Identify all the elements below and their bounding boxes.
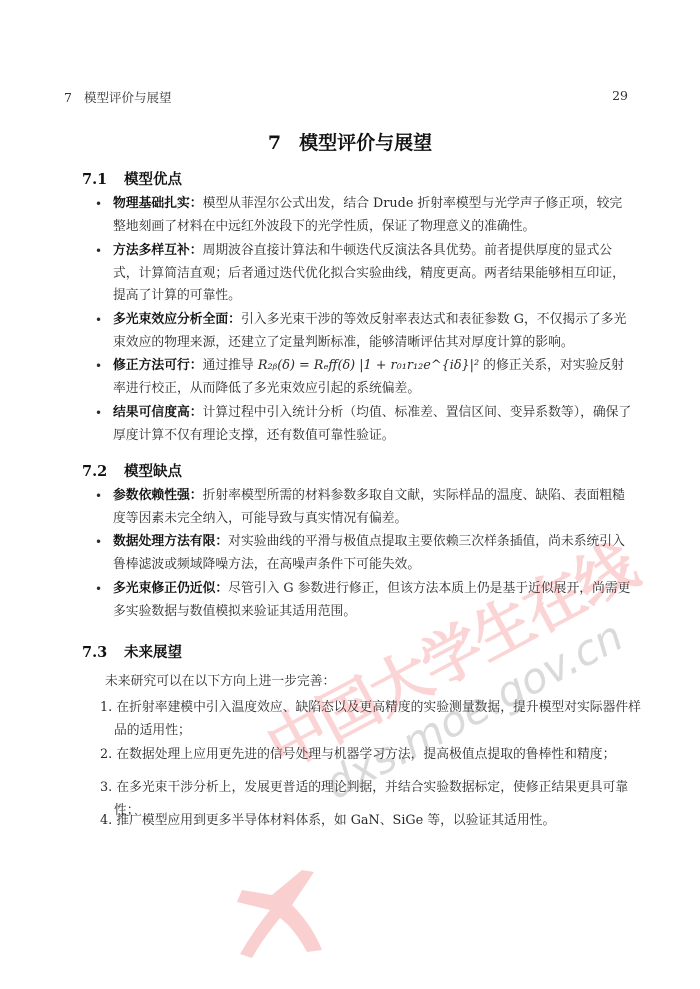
item-number: 1. <box>100 700 112 715</box>
list-item: • 多光束效应分析全面：引入多光束干涉的等效反射率表达式和表征参数 G，不仅揭示… <box>113 309 633 354</box>
item-term: 多光束修正仍近似： <box>113 581 228 596</box>
item-term: 数据处理方法有限： <box>113 534 228 549</box>
running-head-chapter-title: 模型评价与展望 <box>84 90 172 105</box>
section-number: 7.1 <box>82 171 124 188</box>
section-heading-7-3: 7.3未来展望 <box>82 641 182 662</box>
section-heading-7-1: 7.1模型优点 <box>82 168 182 189</box>
bullet-icon: • <box>95 578 102 601</box>
section-number: 7.2 <box>82 463 124 480</box>
list-item: • 参数依赖性强：折射率模型所需的材料参数多取自文献，实际样品的温度、缺陷、表面… <box>113 485 633 530</box>
section-number: 7.3 <box>82 644 124 661</box>
running-head-chapter: 7模型评价与展望 <box>64 88 171 106</box>
section-intro: 未来研究可以在以下方向上进一步完善： <box>105 670 335 689</box>
bullet-icon: • <box>95 193 102 216</box>
enumerated-item: 2. 在数据处理上应用更先进的信号处理与机器学习方法，提高极值点提取的鲁棒性和精… <box>100 744 647 767</box>
section-title: 模型缺点 <box>124 463 182 480</box>
document-page: 7模型评价与展望 29 7模型评价与展望 7.1模型优点 • 物理基础扎实：模型… <box>0 0 700 989</box>
chapter-number: 7 <box>268 132 281 154</box>
item-term: 结果可信度高： <box>113 405 203 420</box>
item-term: 方法多样互补： <box>113 243 203 258</box>
list-item: • 结果可信度高：计算过程中引入统计分析（均值、标准差、置信区间、变异系数等），… <box>113 402 633 447</box>
bullet-icon: • <box>95 355 102 378</box>
chapter-title-text: 模型评价与展望 <box>299 132 432 154</box>
section-heading-7-2: 7.2模型缺点 <box>82 460 182 481</box>
item-term: 参数依赖性强： <box>113 488 203 503</box>
bullet-icon: • <box>95 531 102 554</box>
list-item: • 方法多样互补：周期波谷直接计算法和牛顿迭代反演法各具优势。前者提供厚度的显式… <box>113 240 633 308</box>
list-item: • 数据处理方法有限：对实验曲线的平滑与极值点提取主要依赖三次样条插值，尚未系统… <box>113 531 633 576</box>
bullet-icon: • <box>95 402 102 425</box>
item-text: 在折射率建模中引入温度效应、缺陷态以及更高精度的实验测量数据，提升模型对实际器件… <box>114 700 641 738</box>
list-item: • 修正方法可行：通过推导 R₂ᵦ(δ) = Rₑff(δ) |1 + r₀₁r… <box>113 355 633 400</box>
bullet-icon: • <box>95 485 102 508</box>
section-title: 模型优点 <box>124 171 182 188</box>
list-item: • 多光束修正仍近似：尽管引入 G 参数进行修正，但该方法本质上仍是基于近似展开… <box>113 578 633 623</box>
item-number: 4. <box>100 813 112 828</box>
running-head: 7模型评价与展望 29 <box>64 88 636 106</box>
watermark-logo-icon <box>232 850 332 960</box>
correction-formula: R₂ᵦ(δ) = Rₑff(δ) |1 + r₀₁r₁₂e^{iδ}|² <box>258 358 479 373</box>
list-item: • 物理基础扎实：模型从菲涅尔公式出发，结合 Drude 折射率模型与光学声子修… <box>113 193 633 238</box>
bullet-icon: • <box>95 240 102 263</box>
item-number: 3. <box>100 780 112 795</box>
enumerated-item: 1. 在折射率建模中引入温度效应、缺陷态以及更高精度的实验测量数据，提升模型对实… <box>100 697 647 742</box>
item-number: 2. <box>100 747 112 762</box>
item-text: 在数据处理上应用更先进的信号处理与机器学习方法，提高极值点提取的鲁棒性和精度； <box>116 747 615 762</box>
item-term: 物理基础扎实： <box>113 196 203 211</box>
item-term: 修正方法可行： <box>113 358 203 373</box>
item-term: 多光束效应分析全面： <box>113 312 241 327</box>
page-number: 29 <box>612 88 628 103</box>
enumerated-item: 4. 推广模型应用到更多半导体材料体系，如 GaN、SiGe 等，以验证其适用性… <box>100 810 647 833</box>
section-title: 未来展望 <box>124 644 182 661</box>
item-text: 通过推导 <box>203 358 258 373</box>
chapter-title: 7模型评价与展望 <box>0 128 700 155</box>
running-head-chapter-number: 7 <box>64 90 72 105</box>
item-text: 推广模型应用到更多半导体材料体系，如 GaN、SiGe 等，以验证其适用性。 <box>116 813 555 828</box>
bullet-icon: • <box>95 309 102 332</box>
